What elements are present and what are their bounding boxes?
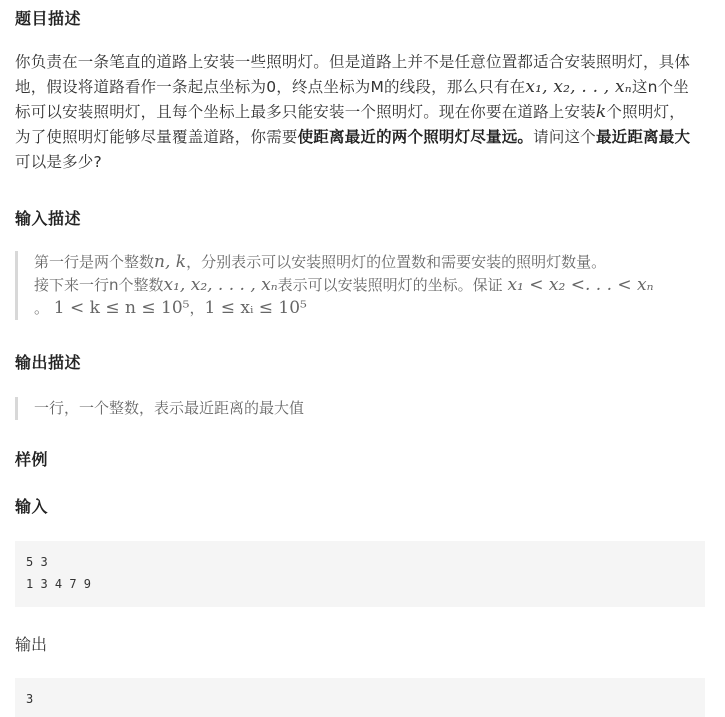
math-x-sequence: x₁, x₂, . . . , xₙ <box>164 275 278 295</box>
code-line: 3 <box>26 688 705 710</box>
input-text: 接下来一行n个整数 <box>34 276 164 294</box>
desc-line-5: 可以是多少? <box>15 150 710 175</box>
input-text: ， <box>189 299 204 317</box>
math-k: k <box>596 102 607 122</box>
desc-text: 标可以安装照明灯，且每个坐标上最多只能安装一个照明灯。现在你要在道路上安装 <box>15 103 596 121</box>
desc-text: 为了使照明灯能够尽量覆盖道路，你需要 <box>15 128 298 146</box>
desc-line-4: 为了使照明灯能够尽量覆盖道路，你需要使距离最近的两个照明灯尽量远。请问这个最近距… <box>15 125 710 150</box>
input-desc-line-3: 。 1 < k ≤ n ≤ 10⁵，1 ≤ xᵢ ≤ 10⁵ <box>34 297 724 320</box>
desc-text: 这n个坐 <box>632 78 689 96</box>
sample-output-code-block: 3 <box>15 678 705 717</box>
math-x-sequence: x₁, x₂, . . , xₙ <box>525 77 632 97</box>
output-description-heading: 输出描述 <box>15 350 81 373</box>
sample-output-heading: 输出 <box>15 632 47 655</box>
code-line: 5 3 <box>26 551 705 573</box>
input-desc-line-2: 接下来一行n个整数x₁, x₂, . . . , xₙ表示可以安装照明灯的坐标。… <box>34 274 724 297</box>
problem-description: 你负责在一条笔直的道路上安装一些照明灯。但是道路上并不是任意位置都适合安装照明灯… <box>15 50 710 175</box>
desc-text: 地，假设将道路看作一条起点坐标为0，终点坐标为M的线段，那么只有在 <box>15 78 525 96</box>
emphasis-text: 使距离最近的两个照明灯尽量远。 <box>298 128 534 146</box>
problem-title-heading: 题目描述 <box>15 6 81 29</box>
math-k-range: 1 < k ≤ n ≤ 10⁵ <box>54 298 190 318</box>
desc-text: 个照明灯， <box>606 103 685 121</box>
math-x-range: 1 ≤ xᵢ ≤ 10⁵ <box>204 298 306 318</box>
emphasis-text: 最近距离最大 <box>596 128 690 146</box>
desc-text: 请问这个 <box>533 128 596 146</box>
sample-input-heading: 输入 <box>15 494 48 517</box>
output-description-quote: 一行，一个整数，表示最近距离的最大值 <box>15 397 724 420</box>
input-text: 表示可以安装照明灯的坐标。保证 <box>278 276 503 294</box>
math-n-k: n, k <box>154 252 186 272</box>
desc-line-2: 地，假设将道路看作一条起点坐标为0，终点坐标为M的线段，那么只有在x₁, x₂,… <box>15 75 710 100</box>
input-description-quote: 第一行是两个整数n, k，分别表示可以安装照明灯的位置数和需要安装的照明灯数量。… <box>15 251 724 320</box>
input-description-heading: 输入描述 <box>15 206 81 229</box>
desc-line-1: 你负责在一条笔直的道路上安装一些照明灯。但是道路上并不是任意位置都适合安装照明灯… <box>15 50 710 75</box>
input-desc-line-1: 第一行是两个整数n, k，分别表示可以安装照明灯的位置数和需要安装的照明灯数量。 <box>34 251 724 274</box>
input-text: 。 <box>34 299 49 317</box>
input-text: 第一行是两个整数 <box>34 253 154 271</box>
input-text: ，分别表示可以安装照明灯的位置数和需要安装的照明灯数量。 <box>186 253 606 271</box>
sample-input-code-block: 5 3 1 3 4 7 9 <box>15 541 705 607</box>
code-line: 1 3 4 7 9 <box>26 573 705 595</box>
samples-heading: 样例 <box>15 447 48 470</box>
math-x-order: x₁ < x₂ <. . . < xₙ <box>507 275 653 295</box>
desc-line-3: 标可以安装照明灯，且每个坐标上最多只能安装一个照明灯。现在你要在道路上安装k个照… <box>15 100 710 125</box>
